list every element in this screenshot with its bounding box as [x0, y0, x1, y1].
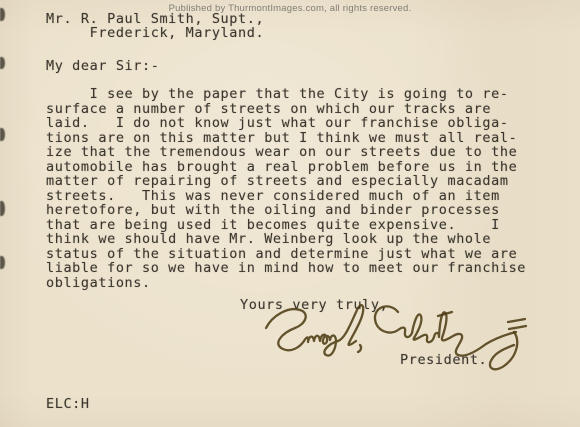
signature-title: President. [400, 353, 487, 368]
body-line: that are being used it becomes quite exp… [46, 218, 526, 233]
salutation: My dear Sir:- [46, 59, 159, 74]
signature-stroke [266, 305, 363, 355]
scan-edge-mark [0, 57, 5, 69]
body-line: liable for so we have in mind how to mee… [46, 261, 526, 276]
scan-edge-mark [0, 8, 5, 21]
signature-handwriting [262, 300, 534, 378]
letter-page: Published by ThurmontImages.com, all rig… [0, 0, 580, 427]
signature-stroke [490, 332, 517, 369]
body-line: laid. I do not know just what our franch… [46, 116, 526, 131]
body-line: surface a number of streets on which our… [46, 102, 526, 117]
body-line: ize that the tremendous wear on our stre… [46, 145, 526, 160]
reference-initials: ELC:H [46, 397, 90, 412]
recipient-address-line: Frederick, Maryland. [46, 26, 264, 41]
signature-stroke [509, 326, 526, 329]
body-line: obligations. [46, 276, 526, 291]
scan-edge-mark [0, 201, 5, 216]
body-line: I see by the paper that the City is goin… [46, 87, 526, 102]
body-line: automobile has brought a real problem be… [46, 160, 526, 175]
body-line: tions are on this matter but I think we … [46, 131, 526, 146]
body-line: think we should have Mr. Weinberg look u… [46, 232, 526, 247]
scan-edge-mark [0, 256, 5, 269]
body-line: status of the situation and determine ju… [46, 247, 526, 262]
body-line: matter of repairing of streets and espec… [46, 174, 526, 189]
body-line: streets. This was never considered much … [46, 189, 526, 204]
signature-stroke [508, 319, 525, 322]
body-line: heretofore, but with the oiling and bind… [46, 203, 526, 218]
signature-stroke [358, 345, 361, 352]
letter-body: I see by the paper that the City is goin… [46, 87, 526, 290]
scan-edge-mark [0, 128, 5, 141]
